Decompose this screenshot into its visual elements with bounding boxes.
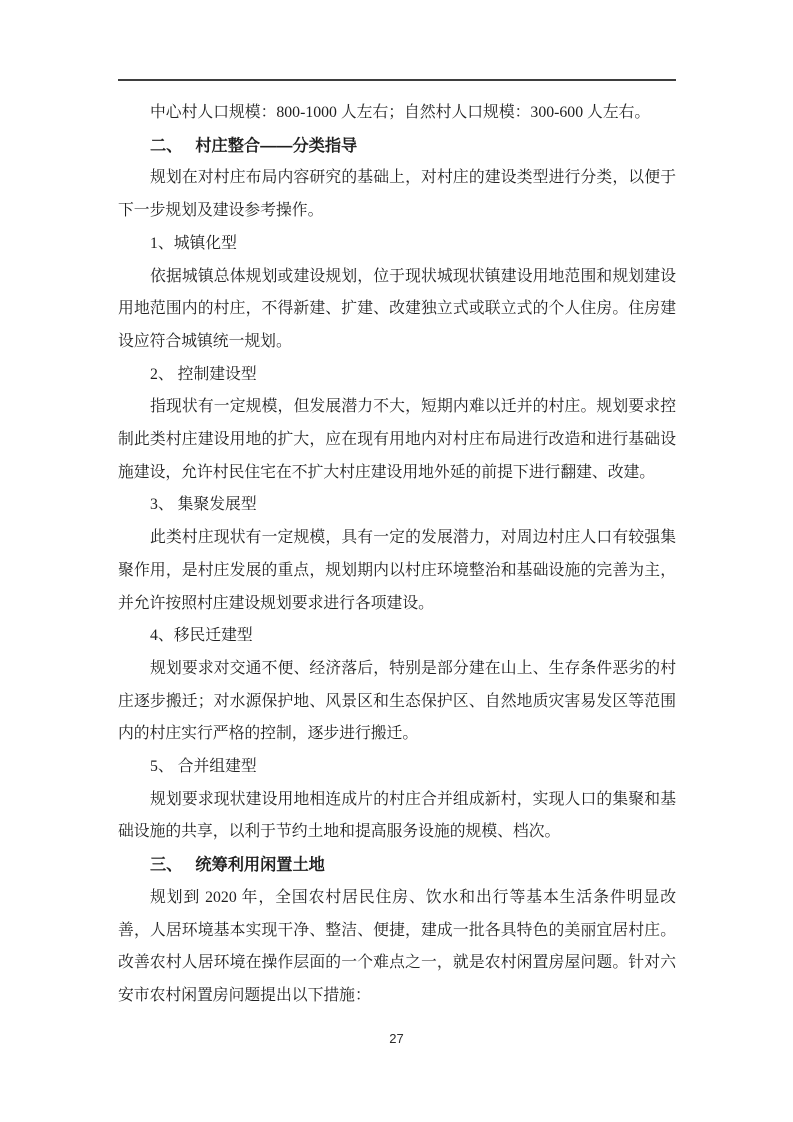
body-paragraph: 中心村人口规模：800-1000 人左右；自然村人口规模：300-600 人左右…: [118, 97, 676, 130]
item-heading: 1、城镇化型: [118, 228, 676, 261]
body-paragraph: 指现状有一定规模，但发展潜力不大，短期内难以迁并的村庄。规划要求控制此类村庄建设…: [118, 391, 676, 489]
page-number: 27: [389, 1031, 403, 1046]
section-title: 村庄整合——分类指导: [195, 137, 357, 155]
section-heading: 二、村庄整合——分类指导: [118, 130, 676, 163]
document-body: 中心村人口规模：800-1000 人左右；自然村人口规模：300-600 人左右…: [118, 97, 676, 1013]
section-heading: 三、统筹利用闲置土地: [118, 849, 676, 882]
item-heading: 5、 合并组建型: [118, 751, 676, 784]
body-paragraph: 此类村庄现状有一定规模，具有一定的发展潜力，对周边村庄人口有较强集聚作用，是村庄…: [118, 522, 676, 620]
page-footer: 27: [0, 1031, 793, 1046]
section-number: 三、: [150, 856, 182, 874]
body-paragraph: 规划到 2020 年，全国农村居民住房、饮水和出行等基本生活条件明显改善，人居环…: [118, 882, 676, 1013]
section-number: 二、: [150, 137, 182, 155]
item-heading: 3、 集聚发展型: [118, 489, 676, 522]
body-paragraph: 规划要求现状建设用地相连成片的村庄合并组成新村，实现人口的集聚和基础设施的共享，…: [118, 784, 676, 849]
section-title: 统筹利用闲置土地: [195, 856, 325, 874]
body-paragraph: 规划要求对交通不便、经济落后，特别是部分建在山上、生存条件恶劣的村庄逐步搬迁；对…: [118, 653, 676, 751]
body-paragraph: 规划在对村庄布局内容研究的基础上，对村庄的建设类型进行分类，以便于下一步规划及建…: [118, 162, 676, 227]
document-page: 中心村人口规模：800-1000 人左右；自然村人口规模：300-600 人左右…: [0, 0, 793, 1122]
header-divider-rule: [118, 79, 676, 81]
item-heading: 2、 控制建设型: [118, 359, 676, 392]
item-heading: 4、移民迁建型: [118, 620, 676, 653]
body-paragraph: 依据城镇总体规划或建设规划，位于现状城现状镇建设用地范围和规划建设用地范围内的村…: [118, 261, 676, 359]
